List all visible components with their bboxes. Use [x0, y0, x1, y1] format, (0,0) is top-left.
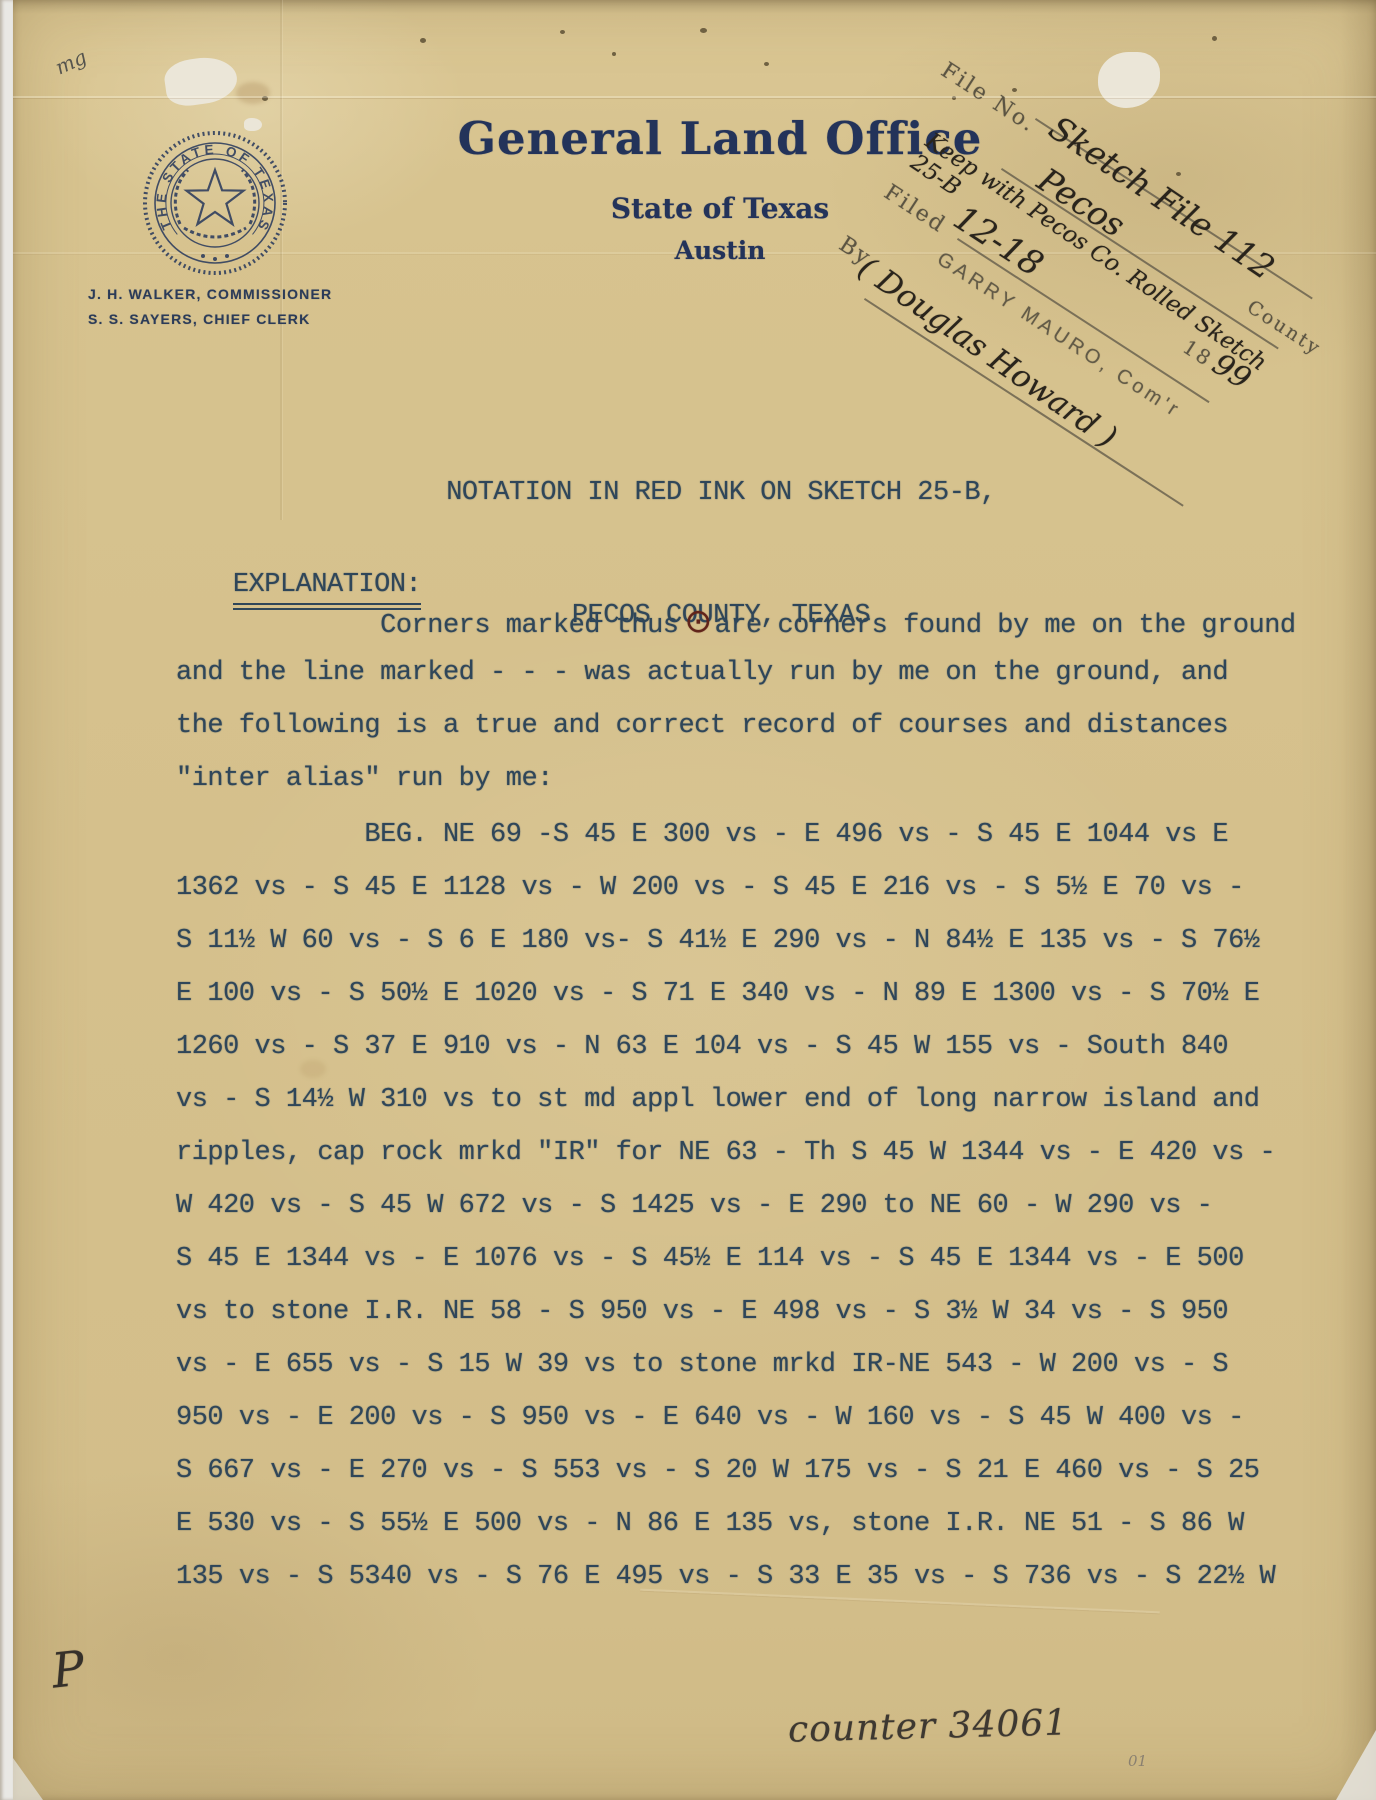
texas-state-seal: THE STATE OF TEXAS	[140, 128, 290, 278]
ink-speck	[1212, 36, 1217, 41]
ink-speck	[1176, 172, 1181, 176]
typed-line: "inter alias" run by me:	[176, 753, 1336, 806]
typed-line: E 530 vs - S 55½ E 500 vs - N 86 E 135 v…	[176, 1498, 1336, 1551]
typed-text: Corners marked thus	[176, 611, 678, 641]
courses-distances-paragraph: BEG. NE 69 -S 45 E 300 vs - E 496 vs - S…	[176, 809, 1336, 1604]
chief-clerk-name: S. S. SAYERS, CHIEF CLERK	[88, 311, 310, 327]
title-line-1: NOTATION IN RED INK ON SKETCH 25-B,	[176, 478, 1266, 508]
ink-speck	[700, 28, 707, 33]
typed-line: E 100 vs - S 50½ E 1020 vs - S 71 E 340 …	[176, 968, 1336, 1021]
typed-line: S 667 vs - E 270 vs - S 553 vs - S 20 W …	[176, 1445, 1336, 1498]
ink-speck	[764, 62, 769, 66]
typed-line: 1260 vs - S 37 E 910 vs - N 63 E 104 vs …	[176, 1021, 1336, 1074]
typed-line: and the line marked - - - was actually r…	[176, 647, 1336, 700]
typed-line: vs - S 14½ W 310 vs to st md appl lower …	[176, 1074, 1336, 1127]
typed-text: are corners found by me on the ground	[715, 611, 1296, 641]
typed-line: Corners marked thus⊙are corners found by…	[176, 594, 1336, 647]
typed-line: BEG. NE 69 -S 45 E 300 vs - E 496 vs - S…	[176, 809, 1336, 862]
ink-speck	[1012, 88, 1017, 92]
typed-line: 135 vs - S 5340 vs - S 76 E 495 vs - S 3…	[176, 1551, 1336, 1604]
typed-line: 950 vs - E 200 vs - S 950 vs - E 640 vs …	[176, 1392, 1336, 1445]
typed-line: ripples, cap rock mrkd "IR" for NE 63 - …	[176, 1127, 1336, 1180]
commissioner-name: J. H. WALKER, COMMISSIONER	[88, 286, 332, 302]
typed-line: S 45 E 1344 vs - E 1076 vs - S 45½ E 114…	[176, 1233, 1336, 1286]
bottom-right-mark: 01	[1128, 1752, 1147, 1770]
typed-line: 1362 vs - S 45 E 1128 vs - W 200 vs - S …	[176, 862, 1336, 915]
scan-edge	[0, 0, 13, 1800]
scanned-document: THE STATE OF TEXAS General Land Office S…	[0, 0, 1376, 1800]
page-corner-curl	[1336, 1730, 1376, 1800]
seal-text: THE STATE OF TEXAS	[154, 142, 277, 236]
typed-line: S 11½ W 60 vs - S 6 E 180 vs- S 41½ E 29…	[176, 915, 1336, 968]
ink-speck	[420, 38, 426, 43]
red-ink-corner-symbol: ⊙	[684, 601, 711, 640]
typed-line: vs - E 655 vs - S 15 W 39 vs to stone mr…	[176, 1339, 1336, 1392]
fold-crease	[13, 96, 1376, 98]
typed-line: the following is a true and correct reco…	[176, 700, 1336, 753]
counter-number-note: counter 34061	[788, 1702, 1069, 1750]
svg-text:THE STATE OF TEXAS: THE STATE OF TEXAS	[154, 142, 277, 236]
page-corner-curl	[13, 1758, 43, 1800]
ink-speck	[560, 30, 565, 34]
typed-line: vs to stone I.R. NE 58 - S 950 vs - E 49…	[176, 1286, 1336, 1339]
corner-mark: P	[49, 1640, 87, 1699]
typed-line: W 420 vs - S 45 W 672 vs - S 1425 vs - E…	[176, 1180, 1336, 1233]
explanation-paragraph: Corners marked thus⊙are corners found by…	[176, 594, 1336, 806]
ink-speck	[612, 52, 616, 56]
